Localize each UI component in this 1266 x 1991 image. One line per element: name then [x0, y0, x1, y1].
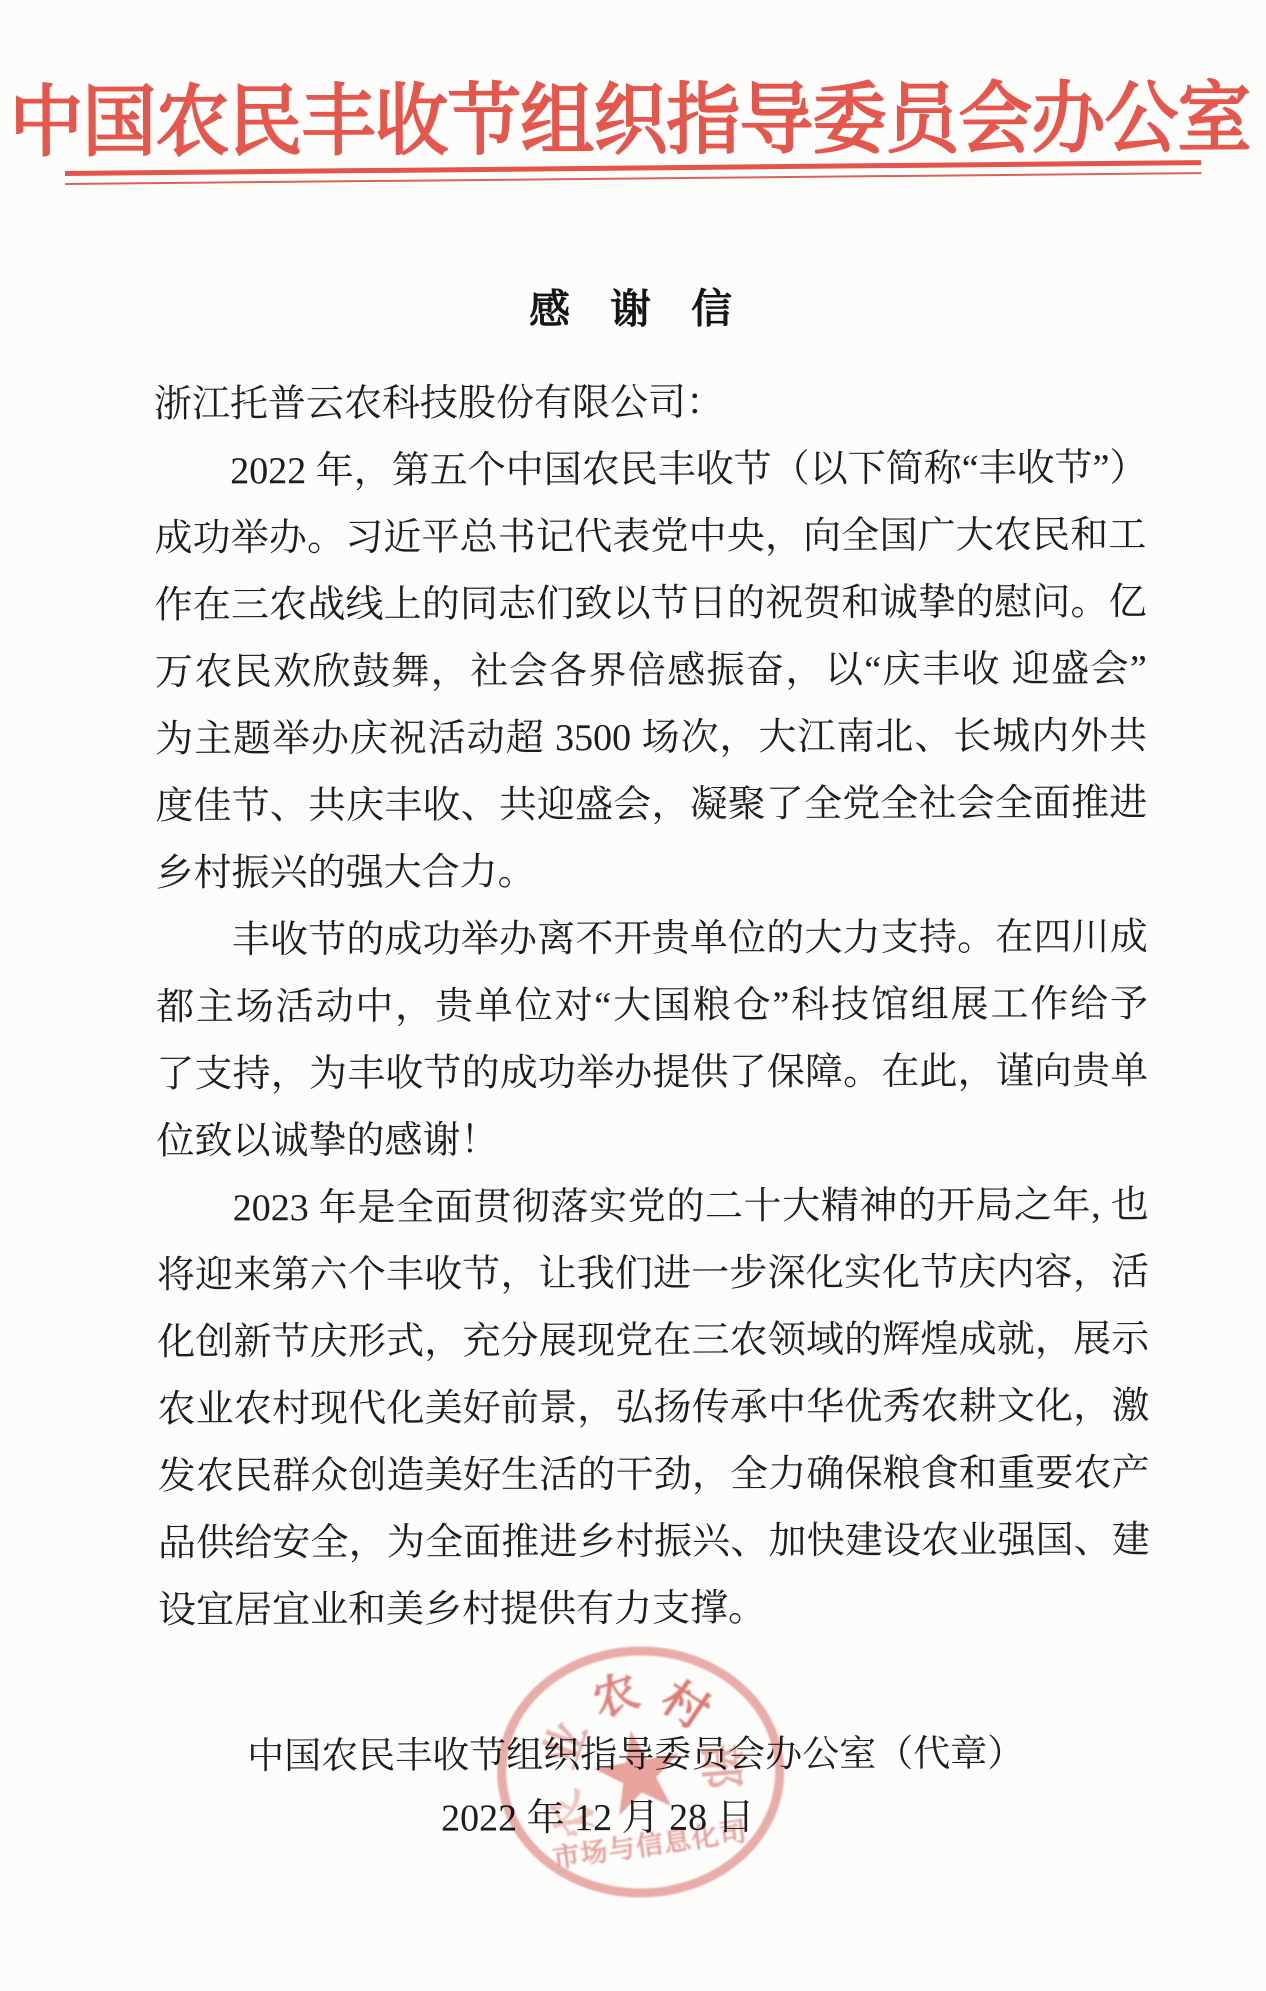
body-line: 成功举办。习近平总书记代表党中央，向全国广大农民和工: [154, 502, 1146, 572]
body-line: 作在三农战线上的同志们致以节日的祝贺和诚挚的慰问。亿: [155, 569, 1147, 639]
body-line: 万农民欢欣鼓舞，社会各界倍感振奋，以“庆丰收 迎盛会”: [155, 636, 1147, 706]
body-line: 位致以诚挚的感谢！: [156, 1105, 1148, 1175]
official-seal-stamp: 农业农村部 市场与信息化司: [480, 1616, 801, 1927]
salutation: 浙江托普云农科技股份有限公司：: [154, 368, 1146, 438]
letter-body: 浙江托普云农科技股份有限公司： 2022 年，第五个中国农民丰收节（以下简称“丰…: [154, 368, 1150, 1644]
paragraphs: 2022 年，第五个中国农民丰收节（以下简称“丰收节”）成功举办。习近平总书记代…: [154, 435, 1150, 1644]
body-line: 发农民群众创造美好生活的干劲，全力确保粮食和重要农产: [158, 1440, 1150, 1510]
body-line: 丰收节的成功举办离不开贵单位的大力支持。在四川成: [156, 904, 1148, 974]
seal-arc-char: 部: [694, 1742, 747, 1791]
body-line: 乡村振兴的强大合力。: [155, 837, 1147, 907]
body-line: 品供给安全，为全面推进乡村振兴、加快建设农业强国、建: [158, 1507, 1150, 1577]
body-line: 都主场活动中，贵单位对“大国粮仓”科技馆组展工作给予: [156, 971, 1148, 1041]
body-line: 度佳节、共庆丰收、共迎盛会，凝聚了全党全社会全面推进: [155, 770, 1147, 840]
seal-star-icon: [589, 1723, 688, 1818]
seal-arc-char: 农: [587, 1665, 645, 1727]
letter-page: 中国农民丰收节组织指导委员会办公室 感谢信 浙江托普云农科技股份有限公司： 20…: [0, 0, 1266, 1991]
body-line: 将迎来第六个丰收节，让我们进一步深化实化节庆内容，活: [157, 1239, 1149, 1309]
seal-arc-char: 业: [534, 1715, 596, 1774]
body-line: 农业农村现代化美好前景，弘扬传承中华优秀农耕文化，激: [157, 1373, 1149, 1443]
seal-arc-char: 村: [653, 1672, 718, 1739]
body-line: 2023 年是全面贯彻落实党的二十大精神的开局之年, 也: [157, 1172, 1149, 1242]
document-title: 感谢信: [0, 274, 1264, 337]
letterhead-org-name: 中国农民丰收节组织指导委员会办公室: [0, 56, 1263, 173]
body-line: 2022 年，第五个中国农民丰收节（以下简称“丰收节”）: [154, 435, 1146, 505]
body-line: 为主题举办庆祝活动超 3500 场次，大江南北、长城内外共: [155, 703, 1147, 773]
scanned-sheet: 中国农民丰收节组织指导委员会办公室 感谢信 浙江托普云农科技股份有限公司： 20…: [0, 0, 1266, 1991]
body-line: 了支持，为丰收节的成功举办提供了保障。在此，谨向贵单: [156, 1038, 1148, 1108]
body-line: 化创新节庆形式，充分展现党在三农领域的辉煌成就，展示: [157, 1306, 1149, 1376]
